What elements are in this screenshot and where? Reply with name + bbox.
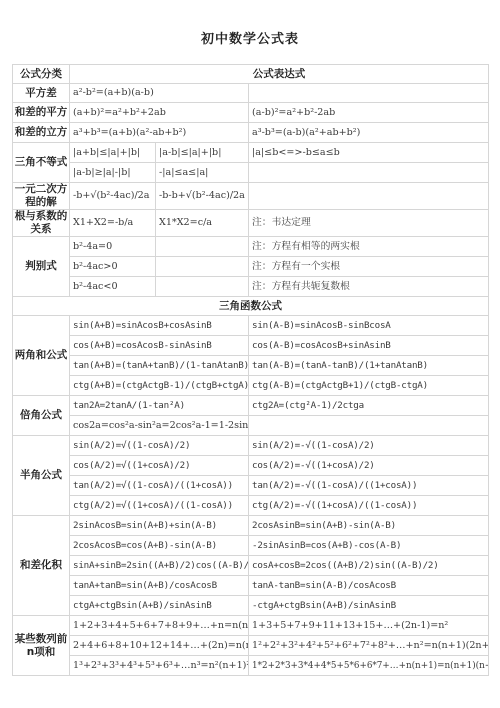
row-angle-sum: tan(A+B)=(tanA+tanB)/(1-tanAtanB) tan(A-…: [13, 356, 489, 376]
formula-table: 公式分类 公式表达式 平方差 a²-b²=(a+b)(a-b) 和差的平方 (a…: [12, 64, 489, 676]
row-series-sums: 某些数列前n项和 1+2+3+4+5+6+7+8+9+…+n=n(n+1)/2 …: [13, 616, 489, 636]
formula-cell: [249, 416, 489, 436]
formula-cell: b²-4a=0: [70, 237, 156, 257]
formula-cell: a²-b²=(a+b)(a-b): [70, 84, 249, 103]
formula-cell: (a+b)²=a²+b²+2ab: [70, 103, 249, 123]
formula-cell: tan2A=2tanA/(1-tan²A): [70, 396, 249, 416]
formula-cell: 1*2+2*3+3*4+4*5+5*6+6*7+…+n(n+1)=n(n+1)(…: [249, 656, 489, 676]
formula-cell: -2sinAsinB=cos(A+B)-cos(A-B): [249, 536, 489, 556]
row-angle-sum: ctg(A+B)=(ctgActgB-1)/(ctgB+ctgA) ctg(A-…: [13, 376, 489, 396]
row-half-angle: ctg(A/2)=√((1+cosA)/((1-cosA)) ctg(A/2)=…: [13, 496, 489, 516]
row-sum-to-product: ctgA+ctgBsin(A+B)/sinAsinB -ctgA+ctgBsin…: [13, 596, 489, 616]
formula-cell: |a-b|≥|a|-|b|: [70, 163, 156, 183]
formula-cell: [156, 257, 249, 277]
formula-cell: a³+b³=(a+b)(a²-ab+b²): [70, 123, 249, 143]
row-discriminant: b²-4ac<0 注：方程有共轭复数根: [13, 277, 489, 297]
formula-cell: sin(A-B)=sinAcosB-sinBcosA: [249, 316, 489, 336]
row-discriminant: 判别式 b²-4a=0 注：方程有相等的两实根: [13, 237, 489, 257]
category-label: 和差化积: [13, 516, 70, 616]
formula-cell: tanA+tanB=sin(A+B)/cosAcosB: [70, 576, 249, 596]
formula-cell: ctg2A=(ctg²A-1)/2ctga: [249, 396, 489, 416]
formula-cell: a³-b³=(a-b)(a²+ab+b²): [249, 123, 489, 143]
formula-cell: (a-b)²=a²+b²-2ab: [249, 103, 489, 123]
row-double-angle: 倍角公式 tan2A=2tanA/(1-tan²A) ctg2A=(ctg²A-…: [13, 396, 489, 416]
trig-section-header: 三角函数公式: [13, 297, 489, 316]
formula-cell: cos(A/2)=√((1+cosA)/2): [70, 456, 249, 476]
row-sum-to-product: tanA+tanB=sin(A+B)/cosAcosB tanA-tanB=si…: [13, 576, 489, 596]
formula-cell: [249, 163, 489, 183]
formula-cell: 2+4+6+8+10+12+14+…+(2n)=n(n+1): [70, 636, 249, 656]
note-cell: 注：韦达定理: [249, 210, 489, 237]
formula-cell: sin(A+B)=sinAcosB+cosAsinB: [70, 316, 249, 336]
row-triangle-inequality: |a-b|≥|a|-|b| -|a|≤a≤|a|: [13, 163, 489, 183]
formula-cell: [249, 183, 489, 210]
note-cell: 注：方程有相等的两实根: [249, 237, 489, 257]
row-sum-to-product: 2cosAcosB=cos(A+B)-sin(A-B) -2sinAsinB=c…: [13, 536, 489, 556]
formula-cell: b²-4ac>0: [70, 257, 156, 277]
formula-cell: [156, 237, 249, 257]
row-series-sums: 2+4+6+8+10+12+14+…+(2n)=n(n+1) 1²+2²+3²+…: [13, 636, 489, 656]
category-label: 两角和公式: [13, 316, 70, 396]
row-quadratic-solution: 一元二次方程的解 -b+√(b²-4ac)/2a -b-b+√(b²-4ac)/…: [13, 183, 489, 210]
formula-cell: b²-4ac<0: [70, 277, 156, 297]
row-sum-to-product: sinA+sinB=2sin((A+B)/2)cos((A-B)/2 cosA+…: [13, 556, 489, 576]
formula-cell: 2cosAsinB=sin(A+B)-sin(A-B): [249, 516, 489, 536]
formula-cell: -ctgA+ctgBsin(A+B)/sinAsinB: [249, 596, 489, 616]
formula-cell: 1+2+3+4+5+6+7+8+9+…+n=n(n+1)/2: [70, 616, 249, 636]
formula-cell: [156, 277, 249, 297]
formula-cell: cos2a=cos²a-sin²a=2cos²a-1=1-2sin²a: [70, 416, 249, 436]
formula-cell: cos(A/2)=-√((1+cosA)/2): [249, 456, 489, 476]
section-title: 三角函数公式: [13, 297, 489, 316]
row-triangle-inequality: 三角不等式 |a+b|≤|a|+|b| |a-b|≤|a|+|b| |a|≤b<…: [13, 143, 489, 163]
row-discriminant: b²-4ac>0 注：方程有一个实根: [13, 257, 489, 277]
row-sum-to-product: 和差化积 2sinAcosB=sin(A+B)+sin(A-B) 2cosAsi…: [13, 516, 489, 536]
formula-cell: X1+X2=-b/a: [70, 210, 156, 237]
header-expression: 公式表达式: [70, 65, 489, 84]
formula-cell: cos(A+B)=cosAcosB-sinAsinB: [70, 336, 249, 356]
page-title: 初中数学公式表: [0, 28, 500, 47]
formula-cell: cosA+cosB=2cos((A+B)/2)sin((A-B)/2): [249, 556, 489, 576]
row-angle-sum: cos(A+B)=cosAcosB-sinAsinB cos(A-B)=cosA…: [13, 336, 489, 356]
formula-cell: 2sinAcosB=sin(A+B)+sin(A-B): [70, 516, 249, 536]
formula-cell: sin(A/2)=-√((1-cosA)/2): [249, 436, 489, 456]
category-label: 和差的立方: [13, 123, 70, 143]
formula-cell: sinA+sinB=2sin((A+B)/2)cos((A-B)/2: [70, 556, 249, 576]
formula-cell: 1+3+5+7+9+11+13+15+…+(2n-1)=n²: [249, 616, 489, 636]
category-label: 平方差: [13, 84, 70, 103]
header-category: 公式分类: [13, 65, 70, 84]
row-square-diff: 平方差 a²-b²=(a+b)(a-b): [13, 84, 489, 103]
formula-cell: |a+b|≤|a|+|b|: [70, 143, 156, 163]
formula-cell: ctgA+ctgBsin(A+B)/sinAsinB: [70, 596, 249, 616]
row-half-angle: 半角公式 sin(A/2)=√((1-cosA)/2) sin(A/2)=-√(…: [13, 436, 489, 456]
formula-cell: -|a|≤a≤|a|: [156, 163, 249, 183]
formula-cell: 1²+2²+3²+4²+5²+6²+7²+8²+…+n²=n(n+1)(2n+1…: [249, 636, 489, 656]
category-label: 倍角公式: [13, 396, 70, 436]
row-half-angle: cos(A/2)=√((1+cosA)/2) cos(A/2)=-√((1+co…: [13, 456, 489, 476]
row-half-angle: tan(A/2)=√((1-cosA)/((1+cosA)) tan(A/2)=…: [13, 476, 489, 496]
formula-cell: sin(A/2)=√((1-cosA)/2): [70, 436, 249, 456]
category-label: 判别式: [13, 237, 70, 297]
formula-cell: 2cosAcosB=cos(A+B)-sin(A-B): [70, 536, 249, 556]
header-row: 公式分类 公式表达式: [13, 65, 489, 84]
formula-cell: |a-b|≤|a|+|b|: [156, 143, 249, 163]
note-cell: 注：方程有共轭复数根: [249, 277, 489, 297]
formula-cell: tan(A/2)=-√((1-cosA)/((1+cosA)): [249, 476, 489, 496]
formula-cell: ctg(A+B)=(ctgActgB-1)/(ctgB+ctgA): [70, 376, 249, 396]
formula-cell: X1*X2=c/a: [156, 210, 249, 237]
category-label: 一元二次方程的解: [13, 183, 70, 210]
row-series-sums: 1³+2³+3³+4³+5³+6³+…n³=n²(n+1)²/4 1*2+2*3…: [13, 656, 489, 676]
category-label: 半角公式: [13, 436, 70, 516]
row-angle-sum: 两角和公式 sin(A+B)=sinAcosB+cosAsinB sin(A-B…: [13, 316, 489, 336]
formula-cell: cos(A-B)=cosAcosB+sinAsinB: [249, 336, 489, 356]
formula-cell: ctg(A/2)=-√((1+cosA)/((1-cosA)): [249, 496, 489, 516]
row-double-angle: cos2a=cos²a-sin²a=2cos²a-1=1-2sin²a: [13, 416, 489, 436]
formula-cell: -b-b+√(b²-4ac)/2a: [156, 183, 249, 210]
category-label: 某些数列前n项和: [13, 616, 70, 676]
formula-cell: -b+√(b²-4ac)/2a: [70, 183, 156, 210]
category-label: 三角不等式: [13, 143, 70, 183]
category-label: 和差的平方: [13, 103, 70, 123]
row-cube-sum-diff: 和差的立方 a³+b³=(a+b)(a²-ab+b²) a³-b³=(a-b)(…: [13, 123, 489, 143]
formula-cell: ctg(A/2)=√((1+cosA)/((1-cosA)): [70, 496, 249, 516]
row-vieta: 根与系数的关系 X1+X2=-b/a X1*X2=c/a 注：韦达定理: [13, 210, 489, 237]
formula-cell: tanA-tanB=sin(A-B)/cosAcosB: [249, 576, 489, 596]
formula-cell: tan(A/2)=√((1-cosA)/((1+cosA)): [70, 476, 249, 496]
formula-cell: tan(A-B)=(tanA-tanB)/(1+tanAtanB): [249, 356, 489, 376]
category-label: 根与系数的关系: [13, 210, 70, 237]
formula-cell: |a|≤b<=>-b≤a≤b: [249, 143, 489, 163]
formula-cell: tan(A+B)=(tanA+tanB)/(1-tanAtanB): [70, 356, 249, 376]
row-square-sum-diff: 和差的平方 (a+b)²=a²+b²+2ab (a-b)²=a²+b²-2ab: [13, 103, 489, 123]
formula-cell: ctg(A-B)=(ctgActgB+1)/(ctgB-ctgA): [249, 376, 489, 396]
formula-cell: 1³+2³+3³+4³+5³+6³+…n³=n²(n+1)²/4: [70, 656, 249, 676]
note-cell: 注：方程有一个实根: [249, 257, 489, 277]
formula-cell: [249, 84, 489, 103]
